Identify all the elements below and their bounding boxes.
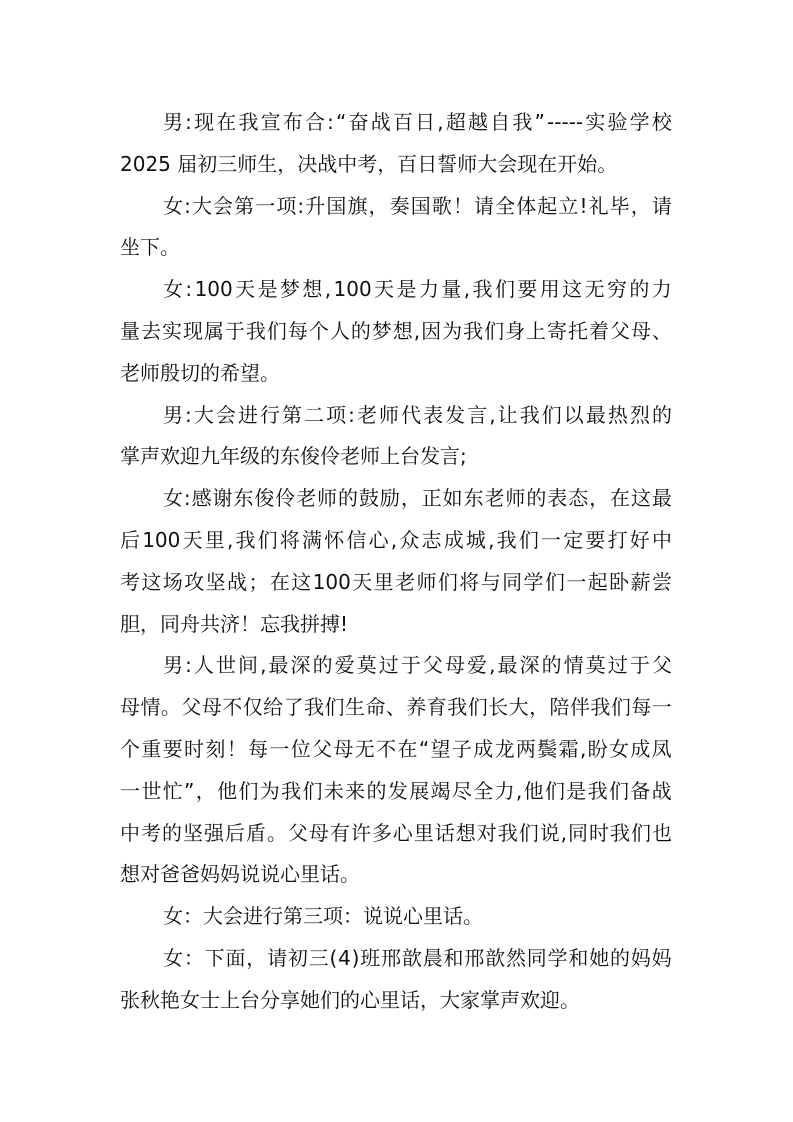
text-line: 想对爸爸妈妈说说心里话。 [120,854,672,896]
text-line: 女:大会第一项:升国旗，奏国歌！请全体起立!礼毕，请 [120,186,672,228]
text-line: 坐下。 [120,227,672,269]
text-line: 一世忙”，他们为我们未来的发展竭尽全力,他们是我们备战 [120,771,672,813]
paragraph-thanks-teacher: 女:感谢东俊伶老师的鼓励，正如东老师的表态，在这最 后100天里,我们将满怀信心… [120,478,672,645]
text-line: 女:100天是梦想,100天是力量,我们要用这无穷的力 [120,269,672,311]
paragraph-100-days: 女:100天是梦想,100天是力量,我们要用这无穷的力 量去实现属于我们每个人的… [120,269,672,394]
text-line: 个重要时刻！每一位父母无不在“望子成龙两鬓霜,盼女成凤 [120,729,672,771]
text-line: 男:大会进行第二项:老师代表发言,让我们以最热烈的 [120,395,672,437]
text-line: 母情。父母不仅给了我们生命、养育我们长大，陪伴我们每一 [120,687,672,729]
text-line: 后100天里,我们将满怀信心,众志成城,我们一定要打好中 [120,520,672,562]
paragraph-parents-love: 男:人世间,最深的爱莫过于父母爱,最深的情莫过于父 母情。父母不仅给了我们生命、… [120,645,672,896]
text-line: 男:人世间,最深的爱莫过于父母爱,最深的情莫过于父 [120,645,672,687]
paragraph-flag-raising: 女:大会第一项:升国旗，奏国歌！请全体起立!礼毕，请 坐下。 [120,186,672,270]
text-line: 考这场攻坚战；在这100天里老师们将与同学们一起卧薪尝 [120,562,672,604]
text-line: 男:现在我宣布合:“奋战百日,超越自我”-----实验学校 [120,102,672,144]
text-line: 胆，同舟共济！忘我拼搏! [120,604,672,646]
paragraph-third-item: 女：大会进行第三项：说说心里话。 [120,896,672,938]
text-line: 女：大会进行第三项：说说心里话。 [120,896,672,938]
text-line: 女：下面，请初三(4)班邢歆晨和邢歆然同学和她的妈妈 [120,938,672,980]
text-line: 中考的坚强后盾。父母有许多心里话想对我们说,同时我们也 [120,813,672,855]
text-line: 女:感谢东俊伶老师的鼓励，正如东老师的表态，在这最 [120,478,672,520]
paragraph-opening-announcement: 男:现在我宣布合:“奋战百日,超越自我”-----实验学校 2025 届初三师生… [120,102,672,186]
text-line: 掌声欢迎九年级的东俊伶老师上台发言; [120,436,672,478]
paragraph-teacher-speech-intro: 男:大会进行第二项:老师代表发言,让我们以最热烈的 掌声欢迎九年级的东俊伶老师上… [120,395,672,479]
document-page: 男:现在我宣布合:“奋战百日,超越自我”-----实验学校 2025 届初三师生… [120,102,672,1022]
text-line: 2025 届初三师生，决战中考，百日誓师大会现在开始。 [120,144,672,186]
text-line: 老师殷切的希望。 [120,353,672,395]
paragraph-invite-sharing: 女：下面，请初三(4)班邢歆晨和邢歆然同学和她的妈妈 张秋艳女士上台分享她们的心… [120,938,672,1022]
text-line: 张秋艳女士上台分享她们的心里话，大家掌声欢迎。 [120,980,672,1022]
text-line: 量去实现属于我们每个人的梦想,因为我们身上寄托着父母、 [120,311,672,353]
